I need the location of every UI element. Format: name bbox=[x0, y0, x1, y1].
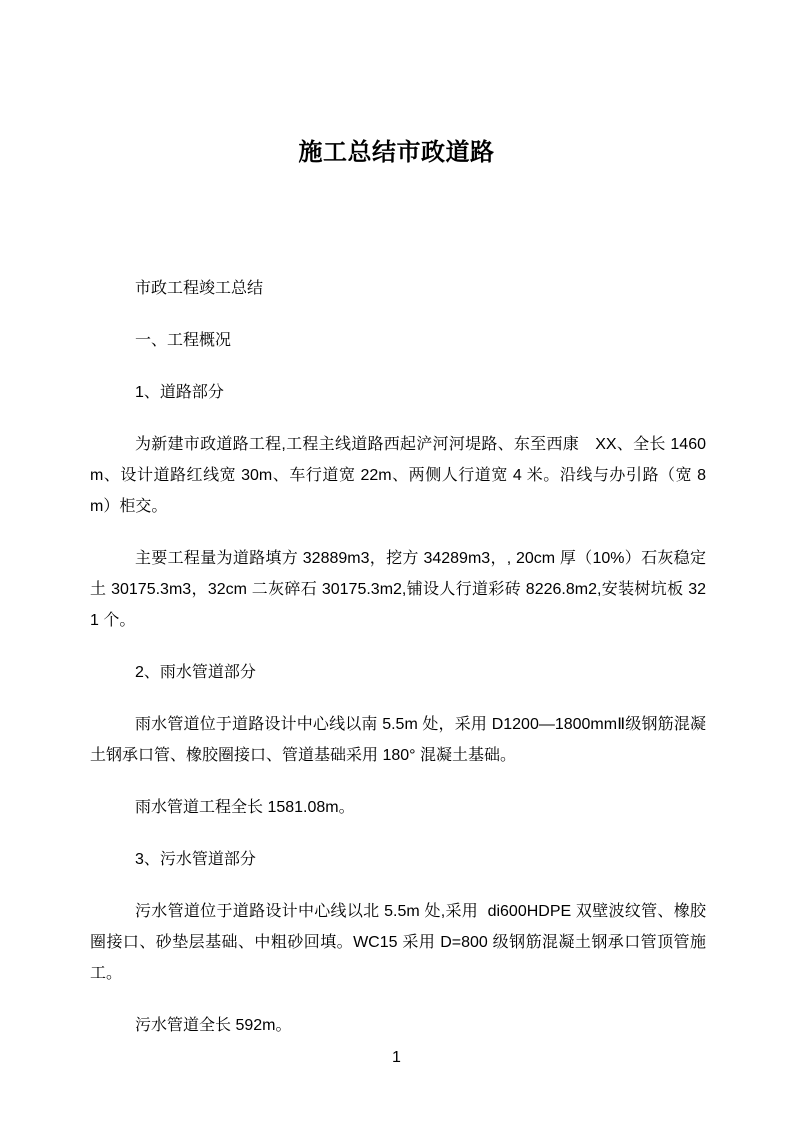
body-paragraph: 雨水管道工程全长 1581.08m。 bbox=[90, 792, 706, 823]
body-paragraph: 主要工程量为道路填方 32889m3，挖方 34289m3，, 20cm 厚（1… bbox=[90, 543, 706, 636]
section-heading: 1、道路部分 bbox=[90, 377, 706, 408]
body-paragraph: 污水管道位于道路设计中心线以北 5.5m 处,采用 di600HDPE 双壁波纹… bbox=[90, 896, 706, 989]
document-title: 施工总结市政道路 bbox=[0, 140, 793, 166]
section-heading: 市政工程竣工总结 bbox=[90, 273, 706, 304]
document-page: 施工总结市政道路 市政工程竣工总结一、工程概况1、道路部分为新建市政道路工程,工… bbox=[0, 0, 793, 1122]
body-paragraph: 污水管道全长 592m。 bbox=[90, 1010, 706, 1041]
section-heading: 3、污水管道部分 bbox=[90, 844, 706, 875]
page-number: 1 bbox=[0, 1049, 793, 1067]
section-heading: 2、雨水管道部分 bbox=[90, 657, 706, 688]
body-paragraph: 为新建市政道路工程,工程主线道路西起浐河河堤路、东至西康 XX、全长 1460m… bbox=[90, 429, 706, 522]
section-heading: 一、工程概况 bbox=[90, 325, 706, 356]
body-paragraph: 雨水管道位于道路设计中心线以南 5.5m 处，采用 D1200—1800mmⅡ级… bbox=[90, 709, 706, 771]
document-body: 市政工程竣工总结一、工程概况1、道路部分为新建市政道路工程,工程主线道路西起浐河… bbox=[90, 273, 706, 1062]
